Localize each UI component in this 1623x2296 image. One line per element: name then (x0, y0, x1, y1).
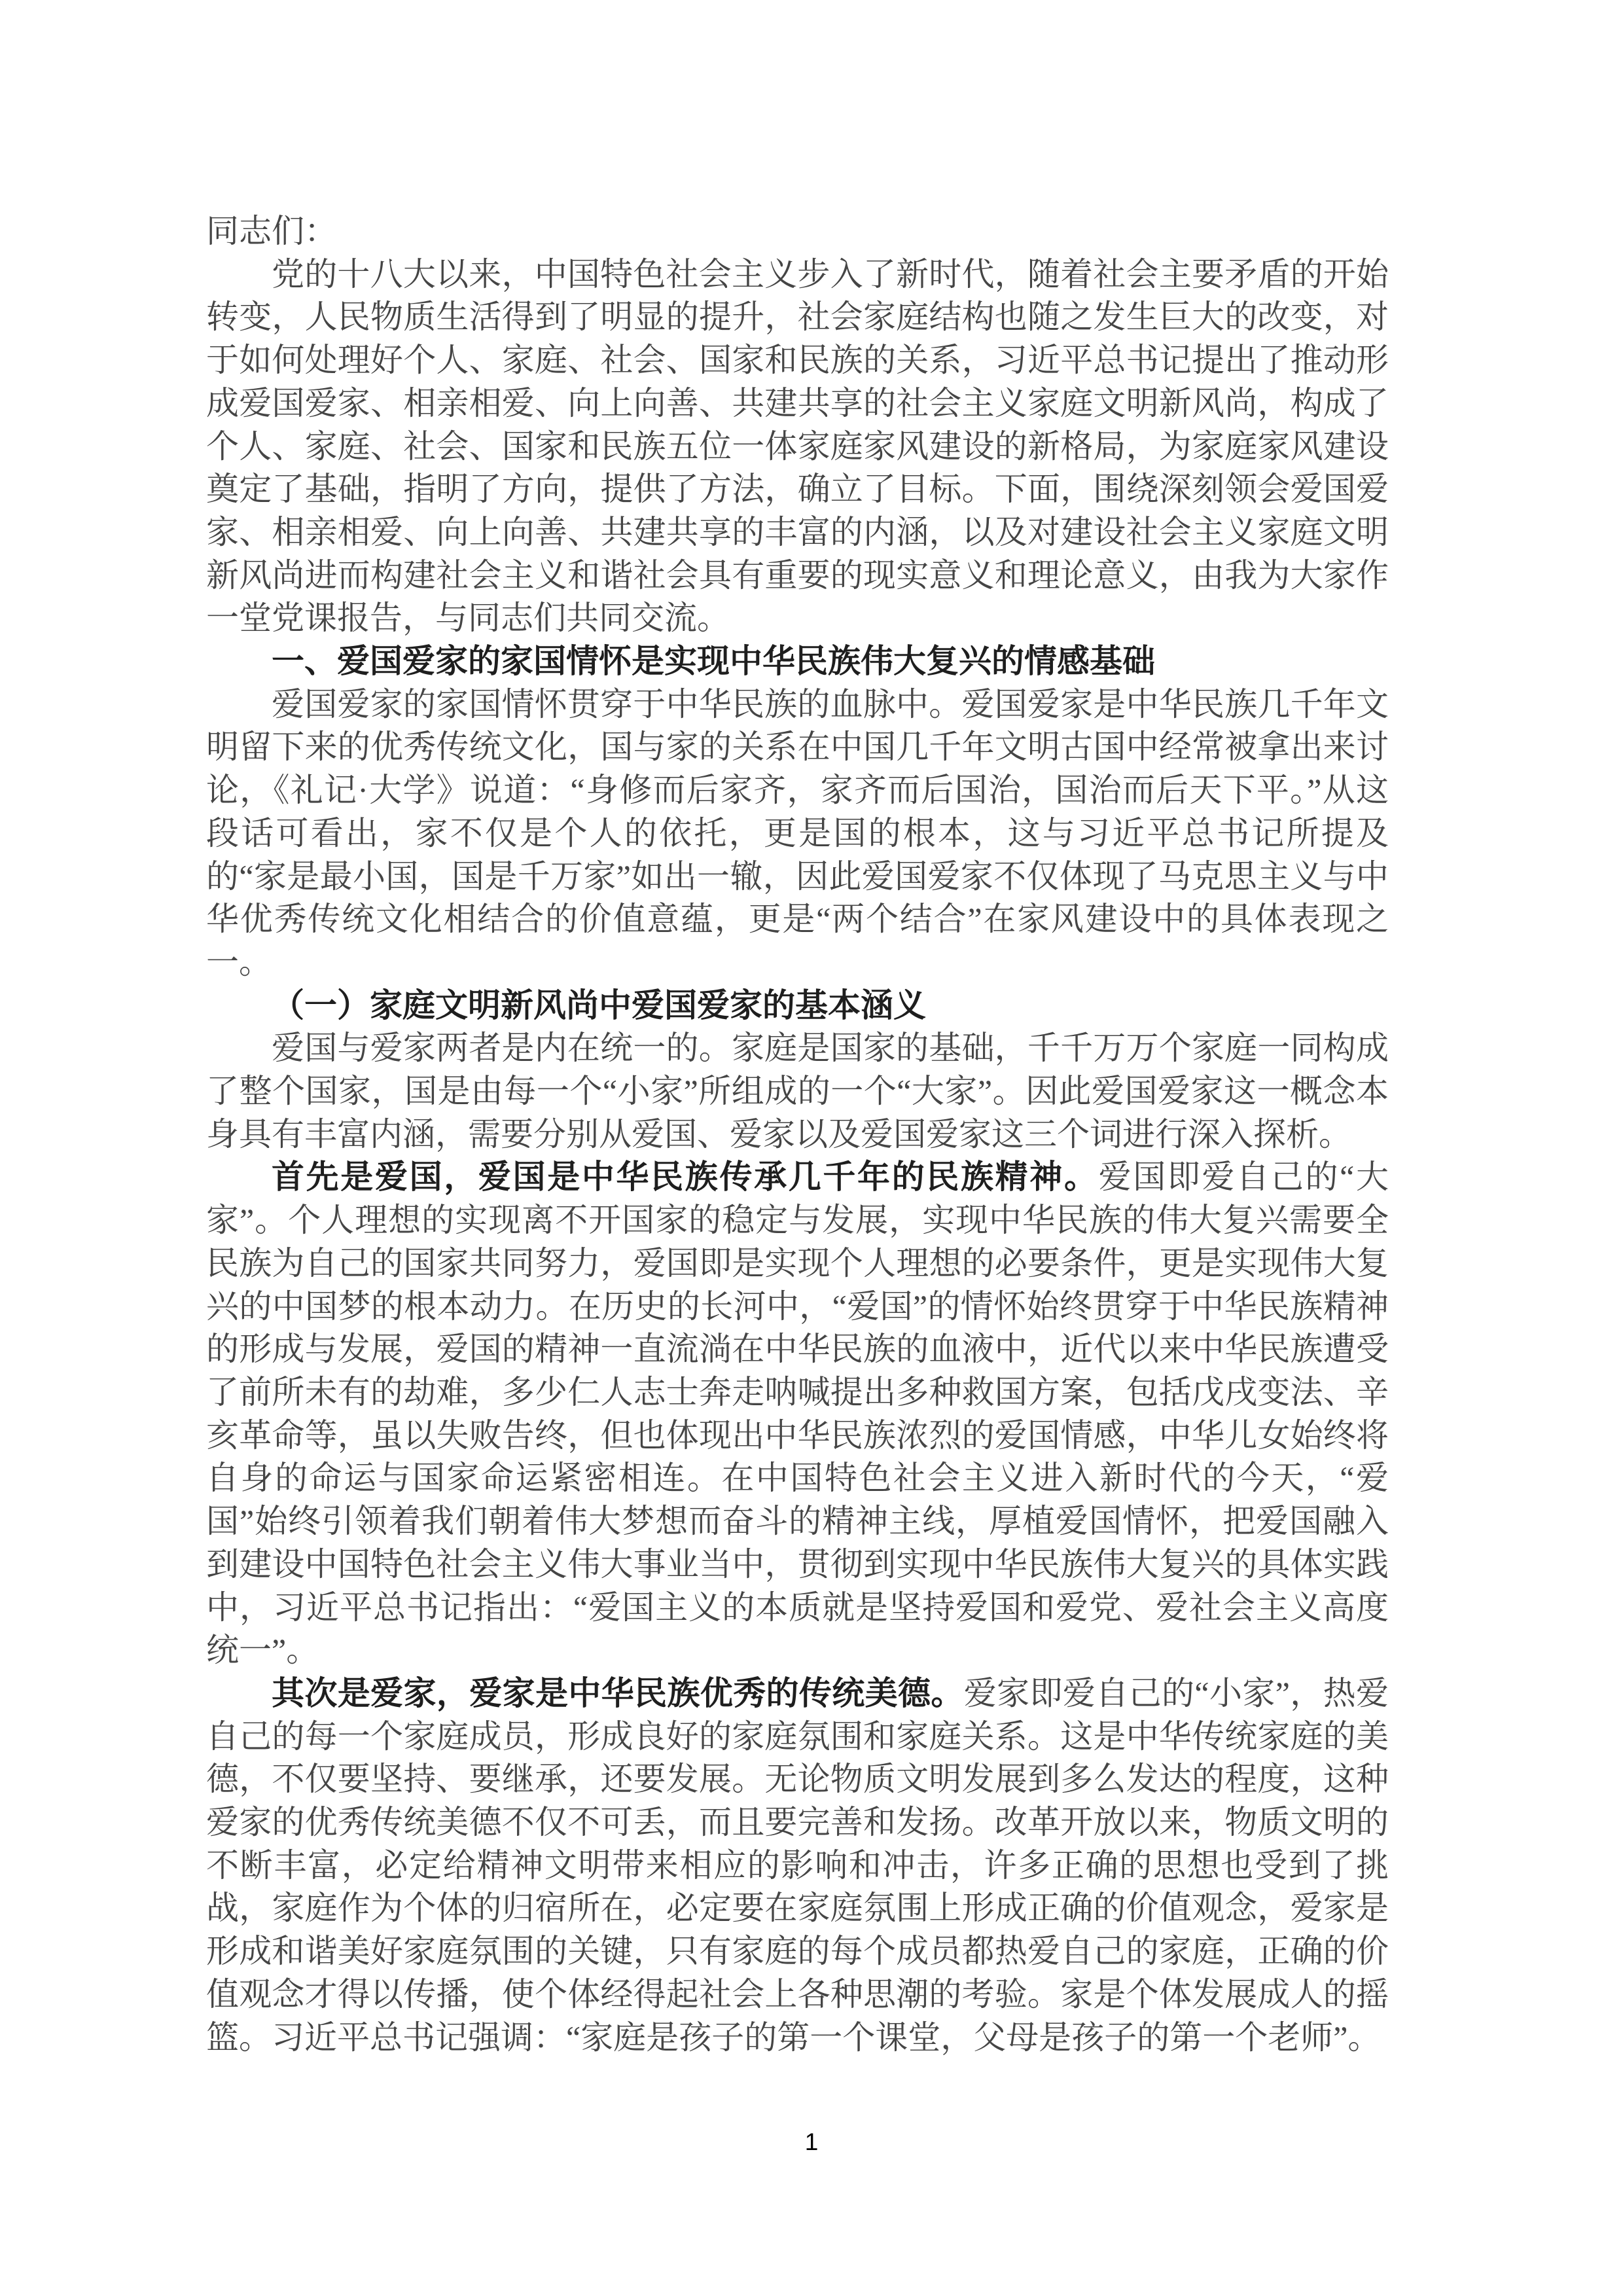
body-paragraph: 党的十八大以来，中国特色社会主义步入了新时代，随着社会主要矛盾的开始转变，人民物… (206, 253, 1389, 640)
text-segment: 同志们： (206, 213, 337, 249)
page-footer: 1 (0, 2128, 1623, 2156)
bold-text-segment: 其次是爱家，爱家是中华民族优秀的传统美德。 (272, 1675, 964, 1712)
page-number: 1 (805, 2128, 819, 2156)
text-segment: 爱国即爱自己的“大家”。个人理想的实现离不开国家的稳定与发展，实现中华民族的伟大… (206, 1158, 1389, 1668)
heading-paragraph: 一、爱国爱家的家国情怀是实现中华民族伟大复兴的情感基础 (206, 640, 1389, 683)
document-page: 同志们：党的十八大以来，中国特色社会主义步入了新时代，随着社会主要矛盾的开始转变… (0, 0, 1623, 2296)
text-segment: 爱国与爱家两者是内在统一的。家庭是国家的基础，千千万万个家庭一同构成了整个国家，… (206, 1030, 1389, 1152)
document-body: 同志们：党的十八大以来，中国特色社会主义步入了新时代，随着社会主要矛盾的开始转变… (206, 210, 1389, 2059)
bold-text-segment: 一、爱国爱家的家国情怀是实现中华民族伟大复兴的情感基础 (272, 643, 1155, 679)
body-paragraph: 同志们： (206, 210, 1389, 253)
text-segment: 党的十八大以来，中国特色社会主义步入了新时代，随着社会主要矛盾的开始转变，人民物… (206, 256, 1389, 637)
bold-text-segment: 首先是爱国，爱国是中华民族传承几千年的民族精神。 (272, 1158, 1099, 1195)
body-paragraph: 其次是爱家，爱家是中华民族优秀的传统美德。爱家即爱自己的“小家”，热爱自己的每一… (206, 1672, 1389, 2059)
body-paragraph: 爱国与爱家两者是内在统一的。家庭是国家的基础，千千万万个家庭一同构成了整个国家，… (206, 1027, 1389, 1156)
heading-paragraph: （一）家庭文明新风尚中爱国爱家的基本涵义 (206, 984, 1389, 1028)
body-paragraph: 首先是爱国，爱国是中华民族传承几千年的民族精神。爱国即爱自己的“大家”。个人理想… (206, 1156, 1389, 1672)
body-paragraph: 爱国爱家的家国情怀贯穿于中华民族的血脉中。爱国爱家是中华民族几千年文明留下来的优… (206, 683, 1389, 984)
text-segment: 爱家即爱自己的“小家”，热爱自己的每一个家庭成员，形成良好的家庭氛围和家庭关系。… (206, 1675, 1389, 2056)
bold-text-segment: （一）家庭文明新风尚中爱国爱家的基本涵义 (272, 987, 926, 1024)
text-segment: 爱国爱家的家国情怀贯穿于中华民族的血脉中。爱国爱家是中华民族几千年文明留下来的优… (206, 686, 1389, 980)
